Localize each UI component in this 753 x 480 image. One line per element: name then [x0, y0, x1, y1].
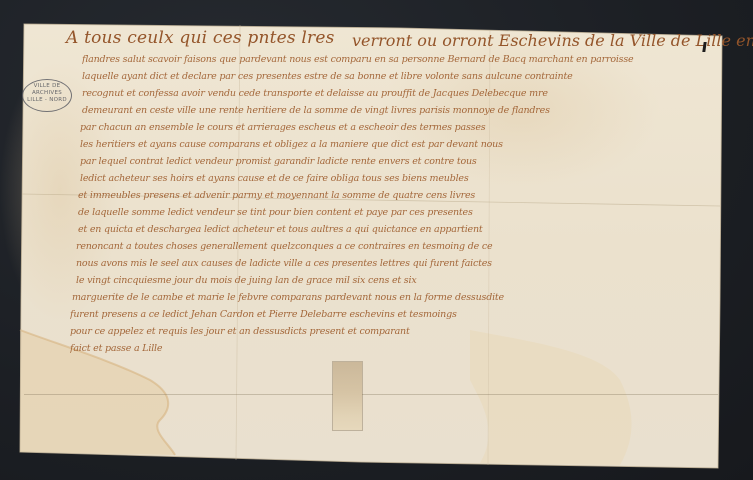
- manuscript-line: les heritiers et ayans cause comparans e…: [80, 140, 706, 150]
- manuscript-line: demeurant en ceste ville une rente herit…: [82, 106, 704, 116]
- manuscript-line: laquelle ayant dict et declare par ces p…: [82, 72, 704, 82]
- manuscript-line: par chacun an ensemble le cours et arrie…: [80, 123, 706, 133]
- manuscript-line: flandres salut scavoir faisons que parde…: [82, 55, 700, 65]
- manuscript-line: par lequel contrat ledict vendeur promis…: [80, 157, 700, 167]
- manuscript-line: ledict acheteur ses hoirs et ayans cause…: [80, 174, 706, 184]
- manuscript-body: flandres salut scavoir faisons que parde…: [0, 0, 753, 480]
- manuscript-line: et immeubles presens et advenir parmy et…: [78, 191, 708, 201]
- manuscript-line: faict et passe a Lille: [70, 344, 210, 354]
- manuscript-line: recognut et confessa avoir vendu cede tr…: [82, 89, 702, 99]
- manuscript-line: et en quicta et deschargea ledict achete…: [78, 225, 708, 235]
- manuscript-line: de laquelle somme ledict vendeur se tint…: [78, 208, 708, 218]
- manuscript-line: pour ce appelez et requis les jour et an…: [70, 327, 684, 337]
- seal-tag: [333, 362, 362, 430]
- manuscript-line: marguerite de le cambe et marie le febvr…: [72, 293, 712, 303]
- manuscript-line: nous avons mis le seel aux causes de lad…: [76, 259, 708, 269]
- manuscript-line: renoncant a toutes choses generallement …: [76, 242, 708, 252]
- manuscript-line: le vingt cincquiesme jour du mois de jui…: [76, 276, 706, 286]
- manuscript-line: furent presens a ce ledict Jehan Cardon …: [70, 310, 716, 320]
